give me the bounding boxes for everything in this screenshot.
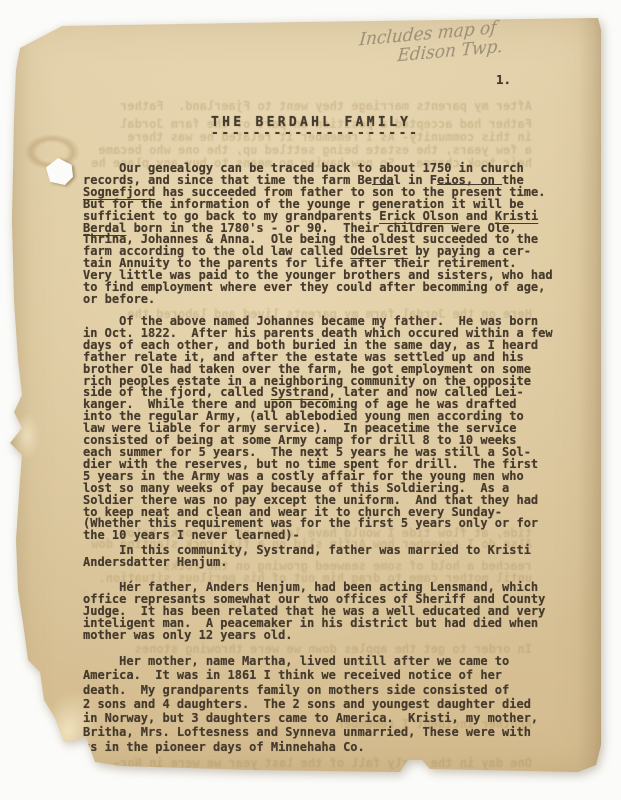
handwritten-annotation: Includes map of Edison Twp.	[357, 12, 580, 70]
paragraph-genealogy: Our genealogy can be traced back to abou…	[83, 163, 553, 306]
paper-sheet: After my parents marriage they went to F…	[8, 14, 602, 778]
bleedthrough-text: a few years, the estate being settled up…	[80, 144, 532, 156]
paper-sheet-shadow: After my parents marriage they went to F…	[8, 14, 602, 778]
paragraph-johannes-army: Of the above named Johannes became my fa…	[83, 316, 553, 542]
torn-edge-patch-2	[14, 412, 40, 460]
paragraph-marriage: In this community, Systrand, father was …	[83, 545, 531, 569]
page-number: 1.	[496, 74, 511, 86]
scan-background: { "colors":{"paper":"#dcc89e","ink":"#45…	[0, 0, 621, 800]
bleedthrough-text: One day in the early fall of the last ye…	[80, 757, 532, 769]
bleedthrough-text: After my parents marriage they went to F…	[80, 100, 532, 112]
punch-hole-shadow	[27, 86, 54, 113]
paragraph-anders-henjum: Hér father, Anders Henjum, had been acti…	[83, 582, 545, 642]
title-underline: --------------------	[211, 128, 420, 140]
paragraph-martha: Her mother, name Martha, lived untill af…	[83, 654, 538, 754]
